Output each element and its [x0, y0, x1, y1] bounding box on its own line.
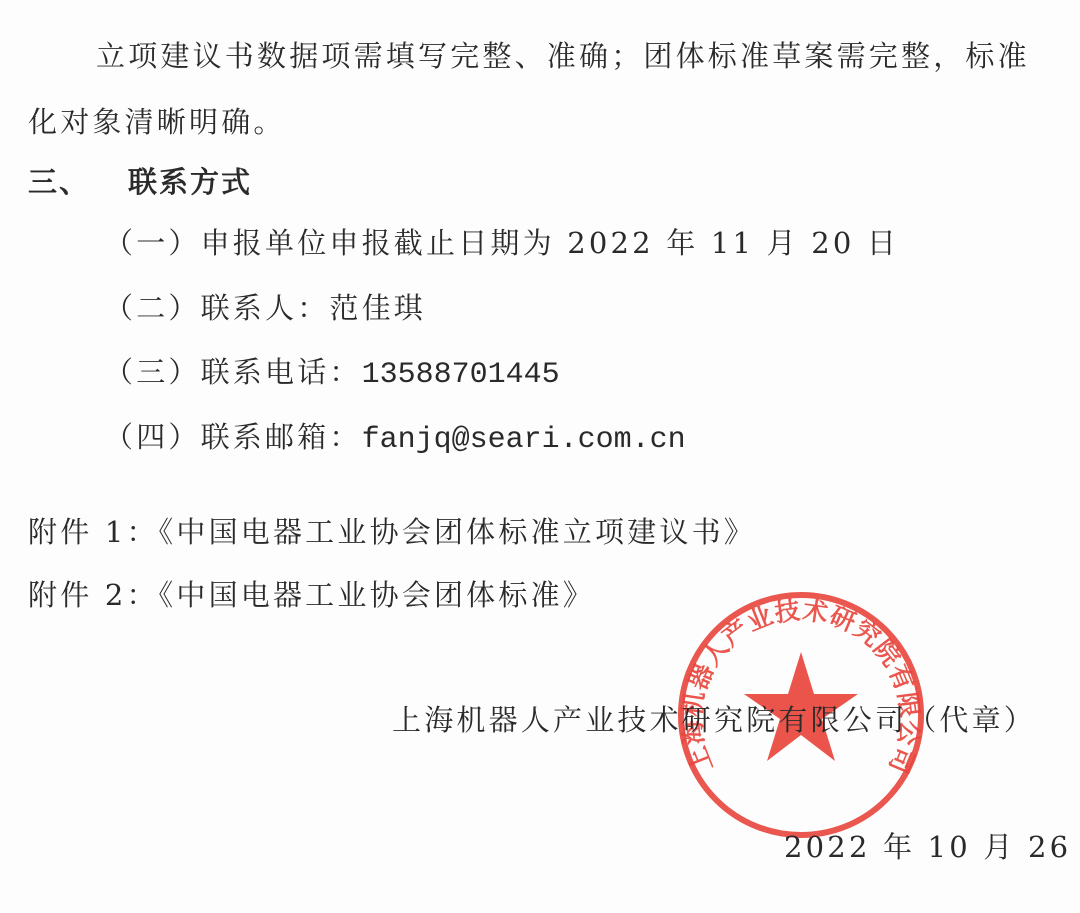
section-heading: 三、联系方式 — [28, 168, 252, 197]
section-title: 联系方式 — [128, 165, 252, 199]
contact-phone-value: 13588701445 — [362, 358, 560, 392]
section-number: 三、 — [28, 165, 90, 199]
contact-person-value: 范佳琪 — [329, 291, 426, 325]
paragraph-line-1: 立项建议书数据项需填写完整、准确；团体标准草案需完整，标准 — [96, 42, 1030, 71]
contact-person: （二）联系人：范佳琪 — [104, 294, 426, 323]
attachment-1: 附件 1：《中国电器工业协会团体标准立项建议书》 — [28, 518, 756, 547]
document-date: 2022 年 10 月 26 日 — [784, 833, 1080, 862]
contact-deadline-text: （一）申报单位申报截止日期为 2022 年 11 月 20 日 — [104, 226, 899, 260]
contact-email-label: （四）联系邮箱： — [104, 420, 362, 454]
svg-text:上海机器人产业技术研究院有限公司: 上海机器人产业技术研究院有限公司 — [677, 595, 924, 778]
signature-line: 上海机器人产业技术研究院有限公司（代章） — [392, 706, 1036, 735]
attachment-2: 附件 2：《中国电器工业协会团体标准》 — [28, 581, 595, 610]
contact-email: （四）联系邮箱：fanjq@seari.com.cn — [104, 423, 686, 455]
paragraph-line-2: 化对象清晰明确。 — [28, 108, 286, 137]
contact-phone-label: （三）联系电话： — [104, 355, 362, 389]
contact-email-value[interactable]: fanjq@seari.com.cn — [362, 423, 686, 457]
contact-deadline: （一）申报单位申报截止日期为 2022 年 11 月 20 日 — [104, 229, 899, 258]
contact-phone: （三）联系电话：13588701445 — [104, 358, 560, 390]
contact-person-label: （二）联系人： — [104, 291, 329, 325]
stamp-text: 上海机器人产业技术研究院有限公司 — [677, 595, 924, 778]
